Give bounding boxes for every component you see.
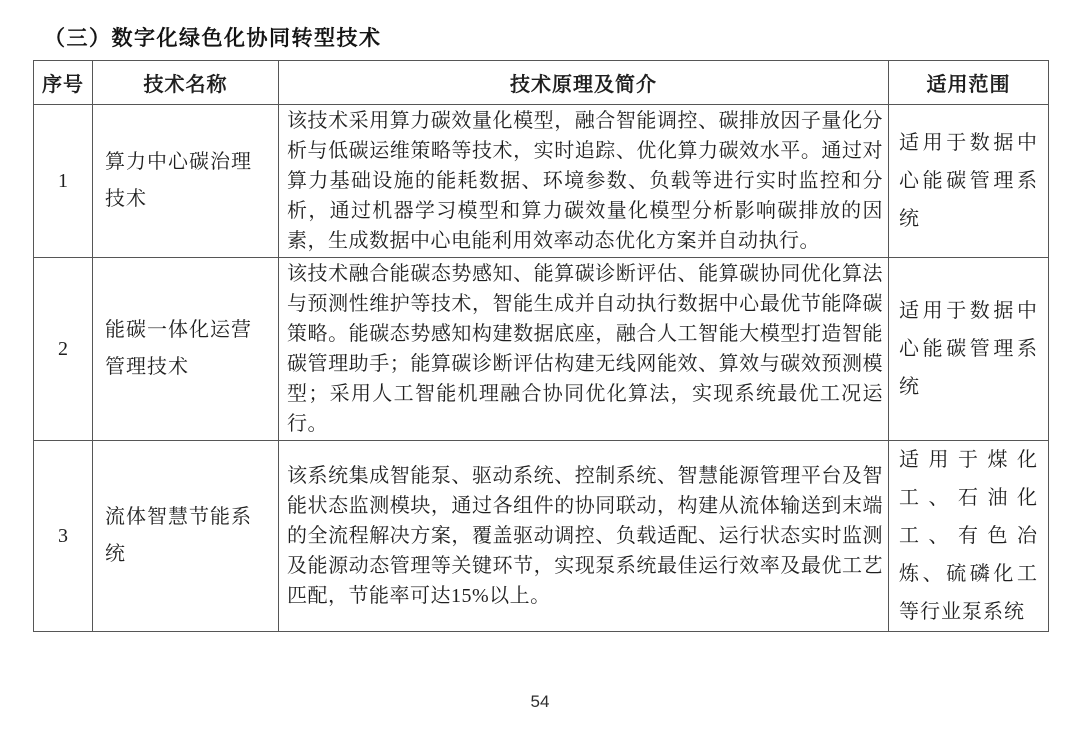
cell-row-number: 2 [34,258,93,441]
cell-technology-name: 流体智慧节能系统 [93,441,279,632]
table-header-row: 序号 技术名称 技术原理及简介 适用范围 [34,61,1049,105]
cell-technology-description: 该系统集成智能泵、驱动系统、控制系统、智慧能源管理平台及智能状态监测模块，通过各… [279,441,889,632]
page-number: 54 [0,692,1080,712]
cell-technology-description: 该技术采用算力碳效量化模型，融合智能调控、碳排放因子量化分析与低碳运维策略等技术… [279,105,889,258]
column-header-description: 技术原理及简介 [279,61,889,105]
cell-applicable-scope: 适用于煤化工、石油化工、有色冶炼、硫磷化工等行业泵系统 [889,441,1049,632]
technology-table: 序号 技术名称 技术原理及简介 适用范围 1 算力中心碳治理技术 该技术采用算力… [33,60,1049,632]
section-title: （三）数字化绿色化协同转型技术 [44,22,382,52]
cell-applicable-scope: 适用于数据中心能碳管理系统 [889,258,1049,441]
cell-technology-name: 能碳一体化运营管理技术 [93,258,279,441]
column-header-scope: 适用范围 [889,61,1049,105]
cell-row-number: 1 [34,105,93,258]
column-header-no: 序号 [34,61,93,105]
cell-technology-description: 该技术融合能碳态势感知、能算碳诊断评估、能算碳协同优化算法与预测性维护等技术，智… [279,258,889,441]
table-row: 3 流体智慧节能系统 该系统集成智能泵、驱动系统、控制系统、智慧能源管理平台及智… [34,441,1049,632]
table-row: 1 算力中心碳治理技术 该技术采用算力碳效量化模型，融合智能调控、碳排放因子量化… [34,105,1049,258]
document-page: （三）数字化绿色化协同转型技术 序号 技术名称 技术原理及简介 适用范围 1 算… [0,0,1080,736]
table-row: 2 能碳一体化运营管理技术 该技术融合能碳态势感知、能算碳诊断评估、能算碳协同优… [34,258,1049,441]
cell-row-number: 3 [34,441,93,632]
column-header-name: 技术名称 [93,61,279,105]
cell-applicable-scope: 适用于数据中心能碳管理系统 [889,105,1049,258]
cell-technology-name: 算力中心碳治理技术 [93,105,279,258]
